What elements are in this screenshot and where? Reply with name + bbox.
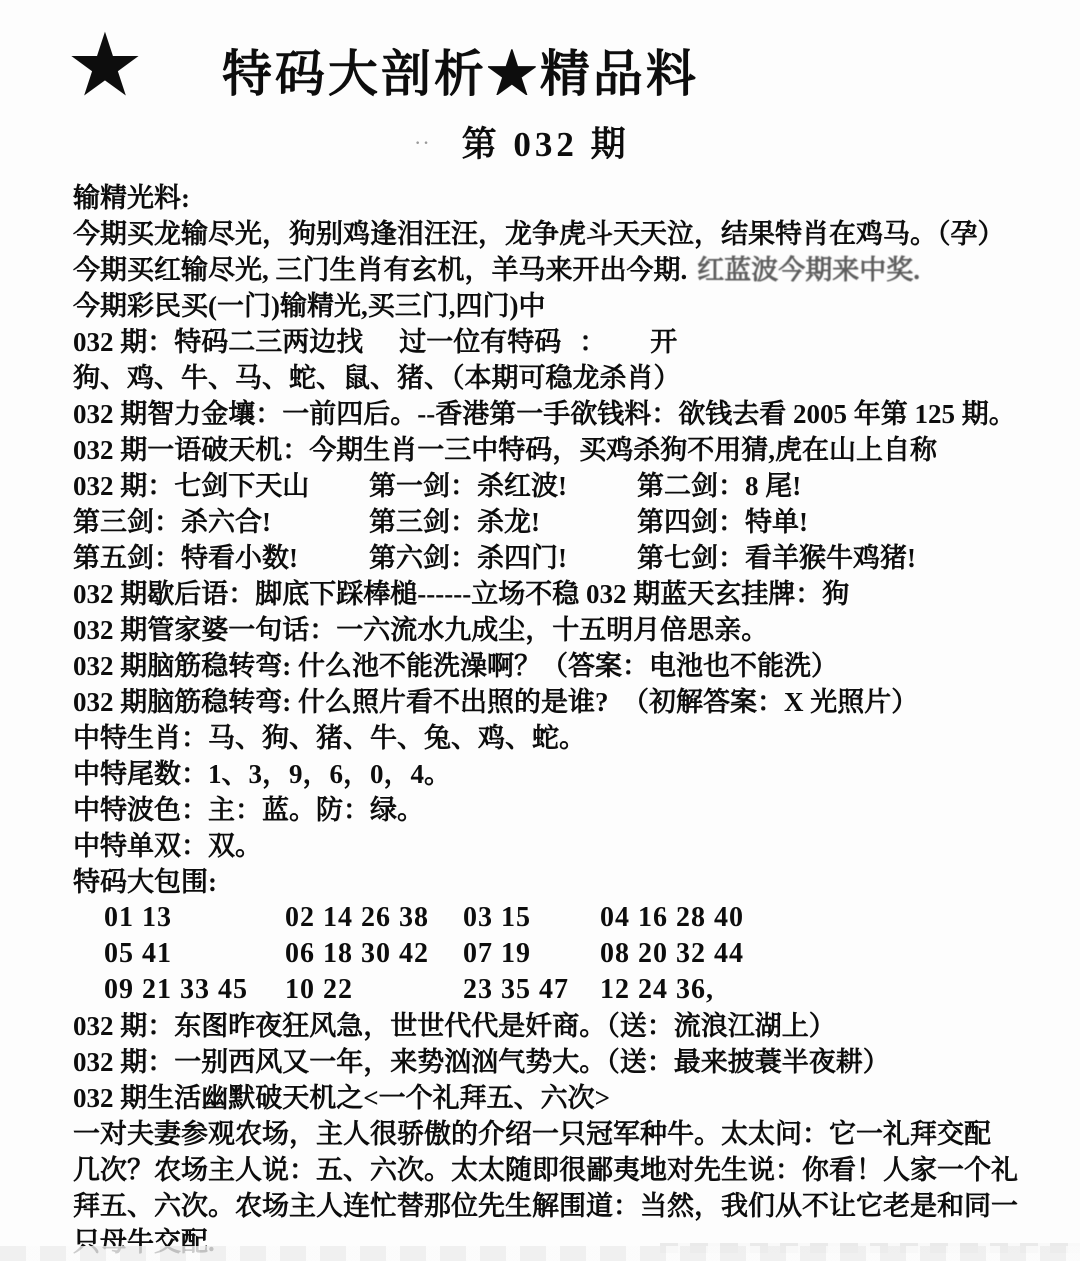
lottery-tip-sheet: ★ 特码大剖析★精品料 ·· 第 032 期 输精光料: 今期买龙输尽光，狗别鸡… [0,0,1080,1261]
find-mid: 过一位有特码 [399,327,561,357]
intro-line-faded: 红蓝波今期来中奖. [697,255,920,285]
page-title: 特码大剖析★精品料 [222,34,699,106]
number-cell: 01 13 [104,900,285,936]
secret-line: 032 期一语破天机：今期生肖一三中特码，买鸡杀狗不用猜,虎在山上自称 [73,432,1046,468]
sword-cell: 第七剑：看羊猴牛鸡猪! [637,540,916,576]
zhongte-line: 中特波色：主：蓝。防：绿。 [73,792,1046,828]
saying-line: 032 期脑筋稳转弯: 什么照片看不出照的是谁? （初解答案：X 光照片） [73,684,1046,720]
sword-cell: 第五剑：特看小数! [73,540,369,576]
number-cell: 09 21 33 45 [104,972,285,1008]
issue-number: 第 032 期 [462,125,630,164]
zodiac-line: 狗、鸡、牛、马、蛇、鼠、猪、（本期可稳龙杀肖） [73,360,1046,396]
number-cell: 07 19 [463,936,600,972]
star-icon: ★ [70,27,140,105]
saying-line: 032 期脑筋稳转弯: 什么池不能洗澡啊？（答案：电池也不能洗） [73,648,1046,684]
wisdom-line: 032 期智力金壤：一前四后。--香港第一手欲钱料：欲钱去看 2005 年第 1… [73,396,1046,432]
number-row: 09 21 33 45 10 22 23 35 47 12 24 36, [73,972,1046,1008]
poem-line: 032 期：东图昨夜狂风急，世世代代是奷商。（送：流浪江湖上） [73,1008,1046,1044]
sword-cell: 第二剑：8 尾! [637,468,801,504]
zhongte-line: 中特单双：双。 [73,828,1046,864]
sword-cell: 第一剑：杀红波! [369,468,637,504]
number-cell: 08 20 32 44 [600,936,744,972]
find-right: 开 [650,327,677,357]
issue-row: ·· 第 032 期 [0,118,1080,170]
sword-cell: 第四剑：特单! [637,504,808,540]
find-line: 032 期：特码二三两边找过一位有特码：开 [73,324,1046,360]
find-colon: ： [579,327,606,357]
document-body: 输精光料: 今期买龙输尽光，狗别鸡逢泪汪汪，龙争虎斗天天泣，结果特肖在鸡马。（孕… [0,170,1080,1260]
number-row: 05 41 06 18 30 42 07 19 08 20 32 44 [73,936,1046,972]
number-cell: 10 22 [285,972,463,1008]
scan-dots: ·· [415,118,432,170]
number-cell: 06 18 30 42 [285,936,463,972]
scan-artifact [0,1246,1080,1261]
sword-row: 第三剑：杀六合! 第三剑：杀龙! 第四剑：特单! [73,504,1046,540]
zhongte-line: 中特尾数：1、3，9，6，0，4。 [73,756,1046,792]
intro-line-main: 今期买红输尽光, 三门生肖有玄机，羊马来开出今期. [73,255,687,285]
sword-row: 032 期：七剑下天山 第一剑：杀红波! 第二剑：8 尾! [73,468,1046,504]
sword-cell: 第三剑：杀龙! [369,504,637,540]
number-cell: 12 24 36, [600,972,714,1008]
intro-line: 今期买红输尽光, 三门生肖有玄机，羊马来开出今期.红蓝波今期来中奖. [73,252,1046,288]
intro-line: 今期买龙输尽光，狗别鸡逢泪汪汪，龙争虎斗天天泣，结果特肖在鸡马。（孕） [73,216,1046,252]
number-cell: 04 16 28 40 [600,900,744,936]
header: ★ 特码大剖析★精品料 [0,0,1080,112]
intro-line: 今期彩民买(一门)输精光,买三门,四门)中 [73,288,1046,324]
saying-line: 032 期歇后语：脚底下踩棒槌------立场不稳 032 期蓝天玄挂牌：狗 [73,576,1046,612]
number-cell: 03 15 [463,900,600,936]
sword-cell: 第六剑：杀四门! [369,540,637,576]
find-left: 032 期：特码二三两边找 [73,327,363,357]
number-row: 01 13 02 14 26 38 03 15 04 16 28 40 [73,900,1046,936]
joke-line: 拜五、六次。农场主人连忙替那位先生解围道：当然，我们从不让它老是和同一 [73,1188,1046,1224]
joke-line: 几次？农场主人说：五、六次。太太随即很鄙夷地对先生说：你看！人家一个礼 [73,1152,1046,1188]
zhongte-line: 中特生肖：马、狗、猪、牛、兔、鸡、蛇。 [73,720,1046,756]
number-cell: 02 14 26 38 [285,900,463,936]
poem-line: 032 期：一别西风又一年，来势汹汹气势大。（送：最来披蓑半夜耕） [73,1044,1046,1080]
saying-line: 032 期管家婆一句话：一六流水九成尘，十五明月倍思亲。 [73,612,1046,648]
sword-row: 第五剑：特看小数! 第六剑：杀四门! 第七剑：看羊猴牛鸡猪! [73,540,1046,576]
baowei-label: 特码大包围: [73,864,1046,900]
intro-label: 输精光料: [73,180,1046,216]
joke-line: 一对夫妻参观农场，主人很骄傲的介绍一只冠军种牛。太太问：它一礼拜交配 [73,1116,1046,1152]
poem-line: 032 期生活幽默破天机之<一个礼拜五、六次> [73,1080,1046,1116]
number-cell: 23 35 47 [463,972,600,1008]
sword-cell: 032 期：七剑下天山 [73,468,369,504]
sword-cell: 第三剑：杀六合! [73,504,369,540]
number-cell: 05 41 [104,936,285,972]
